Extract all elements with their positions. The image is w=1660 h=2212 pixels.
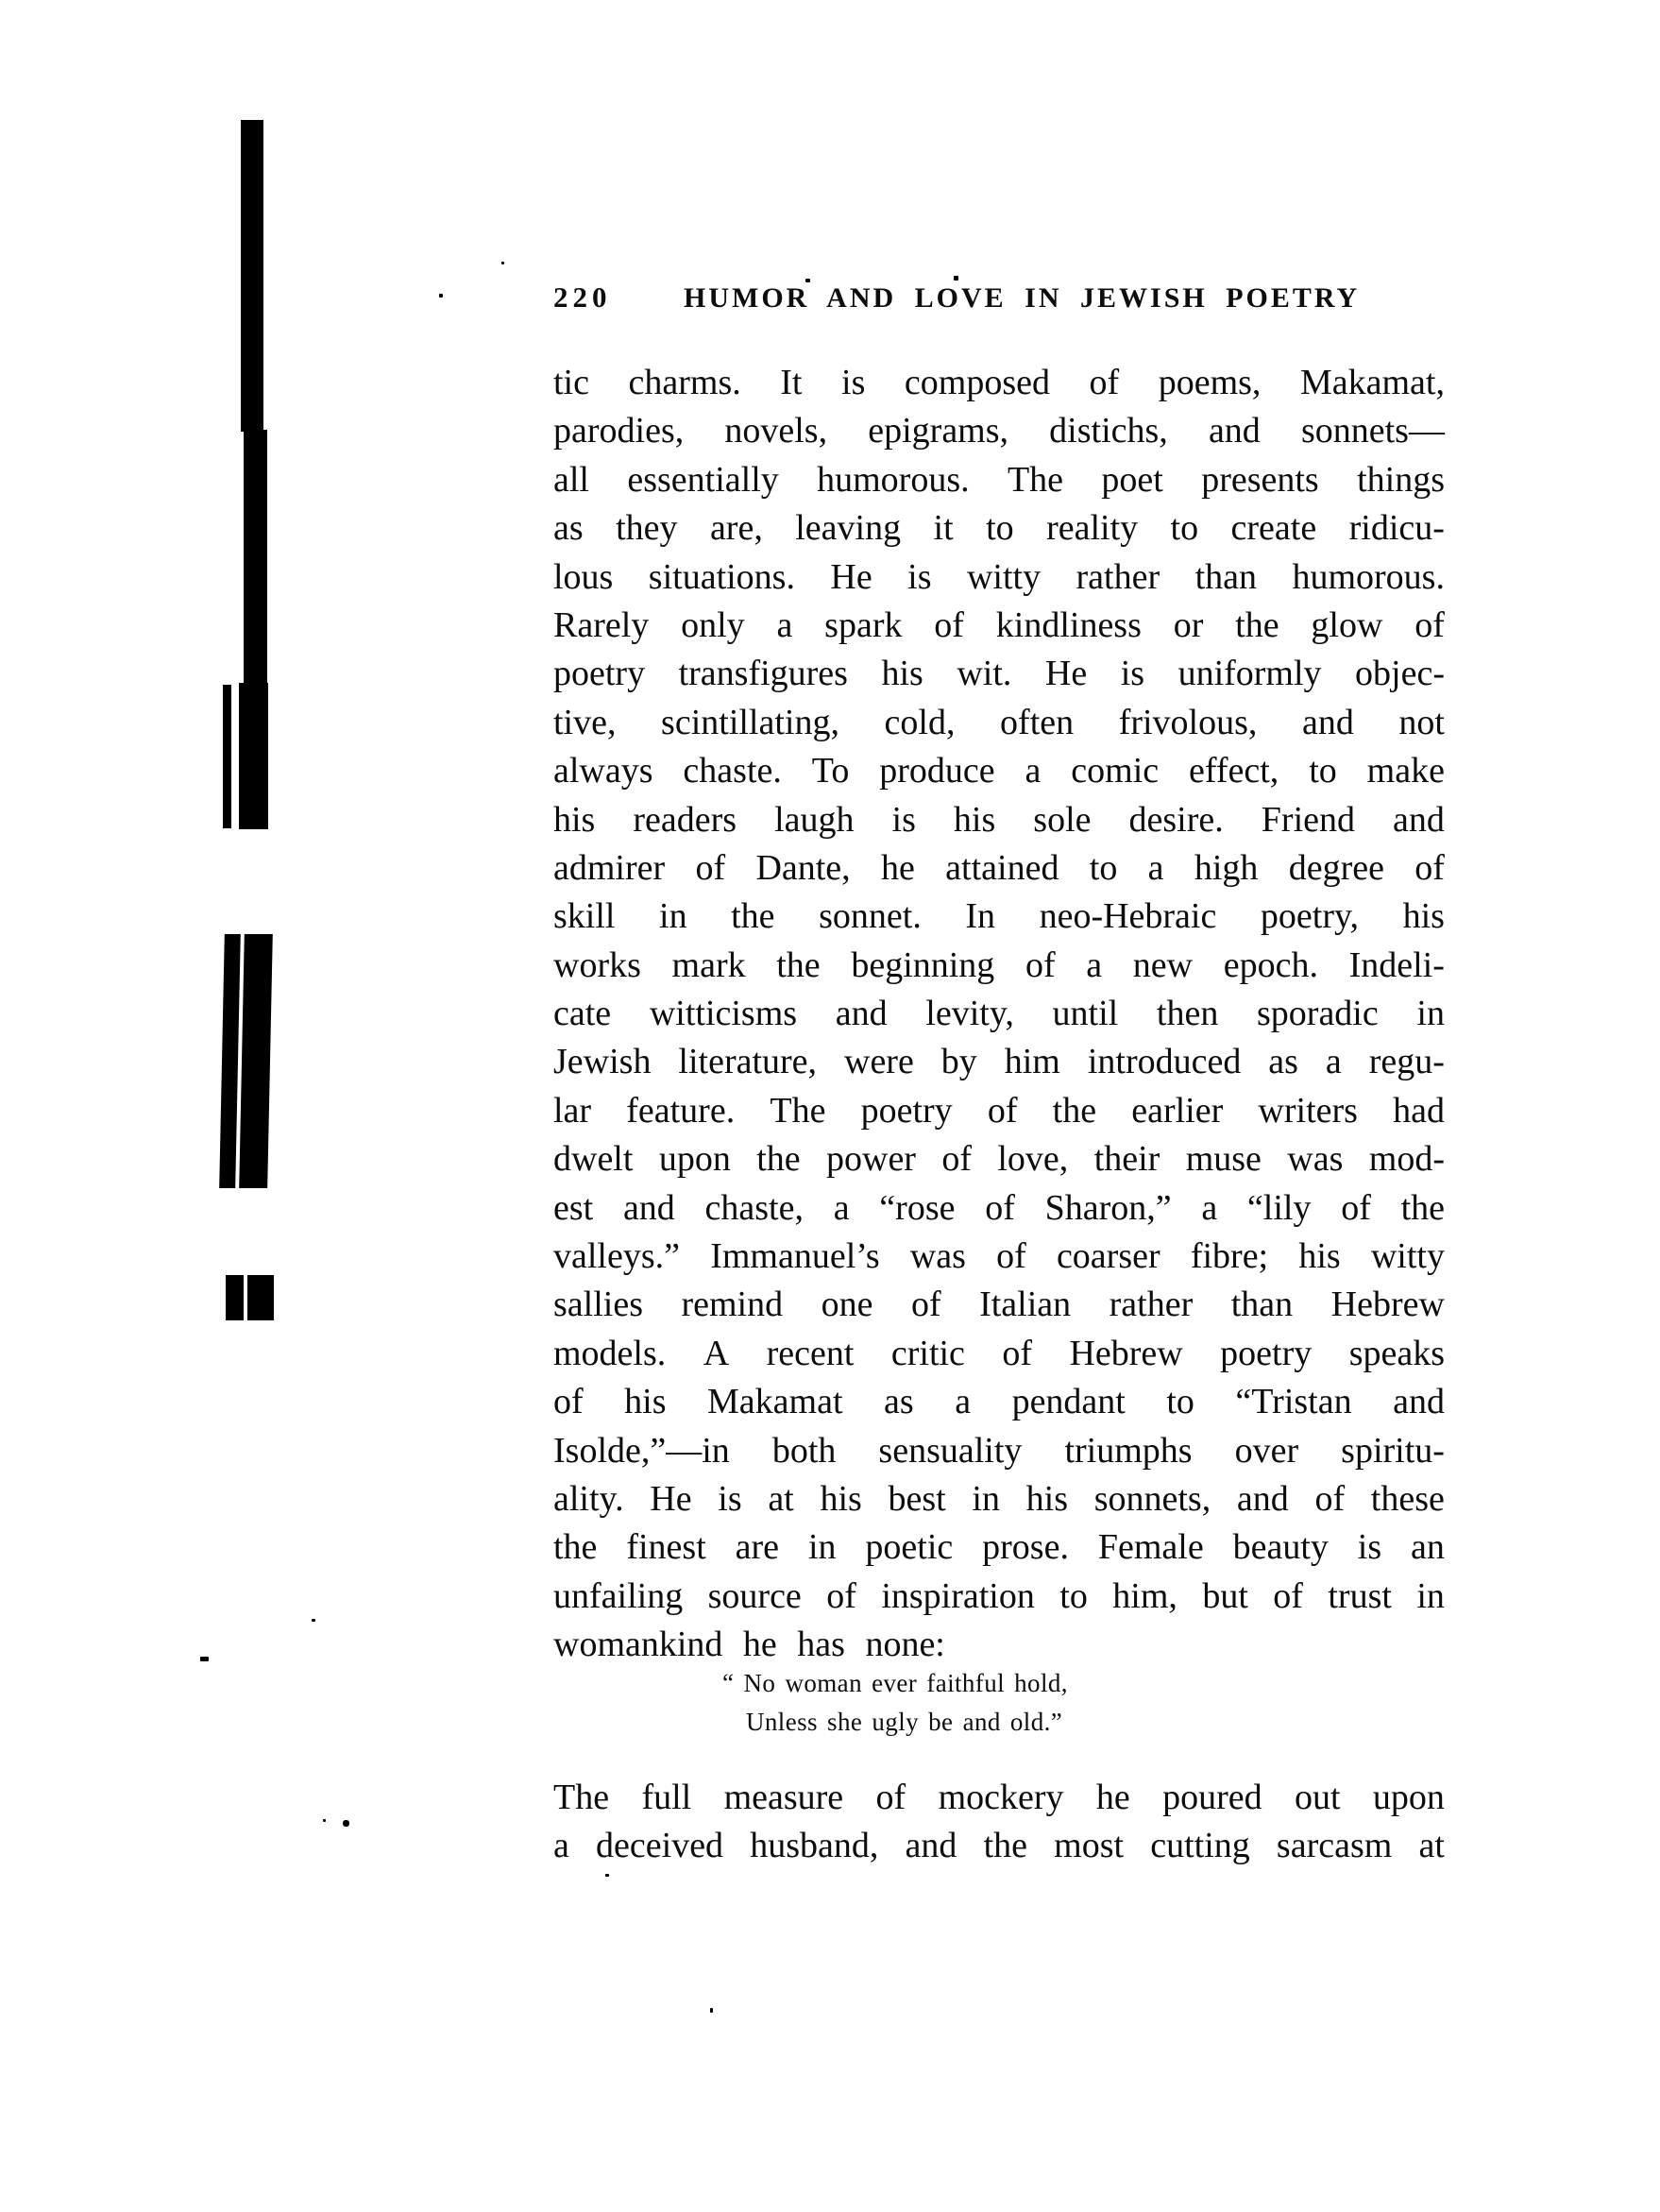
text-line: models.ArecentcriticofHebrewpoetryspeaks: [553, 1330, 1445, 1378]
text-line: allessentiallyhumorous.Thepoetpresentsth…: [553, 456, 1445, 504]
scan-artifact-bar: [239, 934, 273, 1188]
scan-artifact-bar: [219, 934, 241, 1188]
text-line: ticcharms.Itiscomposedofpoems,Makamat,: [553, 359, 1445, 407]
body-paragraph: ticcharms.Itiscomposedofpoems,Makamat, p…: [553, 359, 1445, 1670]
scan-speck: [710, 2008, 713, 2013]
scan-artifact-bar: [241, 120, 263, 432]
scan-artifact-bar: [226, 1275, 244, 1320]
text-line: larfeature.Thepoetryoftheearlierwritersh…: [553, 1087, 1445, 1135]
text-line: estandchaste,a“roseofSharon,”a“lilyofthe: [553, 1184, 1445, 1233]
text-line: catewitticismsandlevity,untilthensporadi…: [553, 990, 1445, 1038]
text-line: salliesremindoneofItalianratherthanHebre…: [553, 1281, 1445, 1329]
text-line: ality.Heisathisbestinhissonnets,andofthe…: [553, 1475, 1445, 1523]
text-line: tive,scintillating,cold,oftenfrivolous,a…: [553, 699, 1445, 747]
text-line: valleys.”Immanuel’swasofcoarserfibre;his…: [553, 1233, 1445, 1281]
text-line: hisreaderslaughishissoledesire.Friendand: [553, 796, 1445, 844]
text-line: loussituations.Heiswittyratherthanhumoro…: [553, 553, 1445, 602]
scan-speck: [501, 262, 504, 264]
text-line: worksmarkthebeginningofanewepoch.Indeli-: [553, 942, 1445, 990]
text-line: Jewishliterature,werebyhimintroducedasar…: [553, 1038, 1445, 1086]
text-line: Rarelyonlyasparkofkindlinessortheglowof: [553, 602, 1445, 650]
scan-speck: [954, 276, 958, 281]
text-line: ofhisMakamatasapendantto“Tristanand: [553, 1378, 1445, 1426]
scan-speck: [605, 1874, 609, 1877]
scan-artifact-bar: [247, 1275, 274, 1320]
poem-line: “ No woman ever faithful hold,: [722, 1668, 1068, 1699]
text-line: dweltuponthepoweroflove,theirmusewasmod-: [553, 1135, 1445, 1183]
scan-artifact-bar: [244, 430, 267, 687]
text-line: unfailingsourceofinspirationtohim,butoft…: [553, 1573, 1445, 1621]
page-number: 220: [553, 281, 612, 315]
text-line: parodies,novels,epigrams,distichs,andson…: [553, 407, 1445, 455]
text-line: womankind he has none:: [553, 1621, 1445, 1669]
text-line: Thefullmeasureofmockeryhepouredoutupon: [553, 1774, 1445, 1822]
scan-speck: [343, 1820, 349, 1827]
text-line: adeceivedhusband,andthemostcuttingsarcas…: [553, 1822, 1445, 1870]
scan-speck: [200, 1657, 209, 1661]
scan-artifact-bar: [239, 683, 268, 829]
scan-artifact-bar: [223, 685, 231, 828]
text-line: Isolde,”—inbothsensualitytriumphsoverspi…: [553, 1427, 1445, 1475]
scan-speck: [323, 1819, 326, 1822]
text-line: alwayschaste.Toproduceacomiceffect,tomak…: [553, 747, 1445, 795]
scanned-book-page: 220 HUMOR AND LOVE IN JEWISH POETRY ticc…: [0, 0, 1660, 2212]
scan-speck: [312, 1619, 315, 1622]
text-line: astheyare,leavingittorealitytocreateridi…: [553, 504, 1445, 553]
text-line: poetrytransfigureshiswit.Heisuniformlyob…: [553, 650, 1445, 698]
text-line: skillinthesonnet.Inneo-Hebraicpoetry,his: [553, 893, 1445, 941]
poem-line: Unless she ugly be and old.”: [746, 1707, 1068, 1738]
running-header-title: HUMOR AND LOVE IN JEWISH POETRY: [684, 282, 1360, 315]
text-line: admirerofDante,heattainedtoahighdegreeof: [553, 844, 1445, 893]
poem-quote: “ No woman ever faithful hold, Unless sh…: [722, 1668, 1068, 1738]
scan-speck: [439, 294, 443, 298]
text-line: thefinestareinpoeticprose.Femalebeautyis…: [553, 1523, 1445, 1572]
body-paragraph: Thefullmeasureofmockeryhepouredoutupon a…: [553, 1774, 1445, 1871]
